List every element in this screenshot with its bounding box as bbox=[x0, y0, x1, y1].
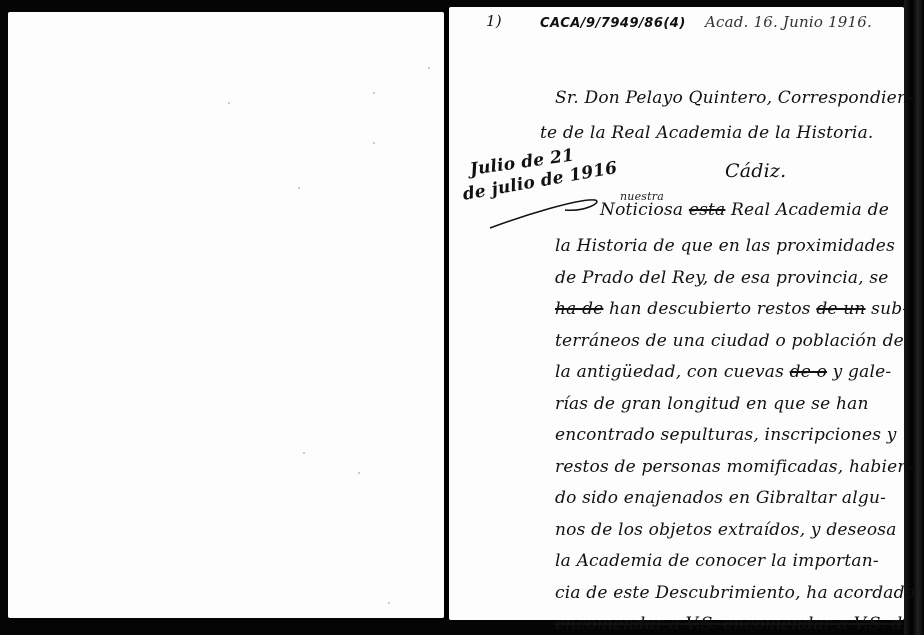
struck-text: de un bbox=[816, 299, 865, 319]
place-name: Cádiz. bbox=[725, 160, 786, 182]
left-page-blank bbox=[8, 12, 444, 618]
body-line-4: ha de han descubierto restos de un sub- bbox=[555, 299, 908, 319]
paper-speck bbox=[298, 187, 300, 189]
header-date: Acad. 16. Junio 1916. bbox=[705, 13, 872, 31]
body-line-11: nos de los objetos extraídos, y deseosa bbox=[555, 520, 897, 540]
address-line-1: Sr. Don Pelayo Quintero, Correspondien- bbox=[555, 88, 914, 108]
body-line-6: la antigüedad, con cuevas de o y gale- bbox=[555, 362, 891, 382]
body-line-7: rías de gran longitud en que se han bbox=[555, 394, 869, 414]
paper-speck bbox=[358, 472, 360, 474]
folio-number: 1) bbox=[486, 12, 502, 30]
scanned-document: 1) CACA/9/7949/86(4) Acad. 16. Junio 191… bbox=[0, 0, 924, 635]
body-line-10: do sido enajenados en Gibraltar algu- bbox=[555, 488, 886, 508]
body-text: y gale- bbox=[833, 362, 892, 382]
body-line-12: la Academia de conocer la importan- bbox=[555, 551, 879, 571]
body-text: Noticiosa bbox=[600, 200, 683, 220]
archive-reference: CACA/9/7949/86(4) bbox=[540, 16, 686, 31]
body-line-14-struck: encomendar a V.S. encomendar a V.S. d bbox=[555, 614, 902, 634]
paper-speck bbox=[388, 602, 390, 604]
struck-text: ha de bbox=[555, 299, 603, 319]
body-line-3: de Prado del Rey, de esa provincia, se bbox=[555, 268, 889, 288]
address-line-2: te de la Real Academia de la Historia. bbox=[540, 123, 874, 143]
body-line-9: restos de personas momificadas, habien- bbox=[555, 457, 915, 477]
body-line-13: cia de este Descubrimiento, ha acordado bbox=[555, 583, 915, 603]
body-line-5: terráneos de una ciudad o población de bbox=[555, 331, 904, 351]
paper-speck bbox=[228, 102, 230, 104]
struck-text: de o bbox=[790, 362, 827, 382]
margin-flourish bbox=[485, 190, 605, 230]
body-text: sub- bbox=[871, 299, 908, 319]
paper-speck bbox=[373, 92, 375, 94]
body-line-8: encontrado sepulturas, inscripciones y bbox=[555, 425, 897, 445]
paper-speck bbox=[373, 142, 375, 144]
paper-speck bbox=[428, 67, 430, 69]
body-text: han descubierto restos bbox=[609, 299, 811, 319]
body-text: Real Academia de bbox=[731, 200, 889, 220]
paper-speck bbox=[303, 452, 305, 454]
body-line-1: Noticiosa esta Real Academia de bbox=[600, 200, 889, 220]
struck-text: esta bbox=[689, 200, 726, 220]
body-line-2: la Historia de que en las proximidades bbox=[555, 236, 895, 256]
body-text: la antigüedad, con cuevas bbox=[555, 362, 784, 382]
